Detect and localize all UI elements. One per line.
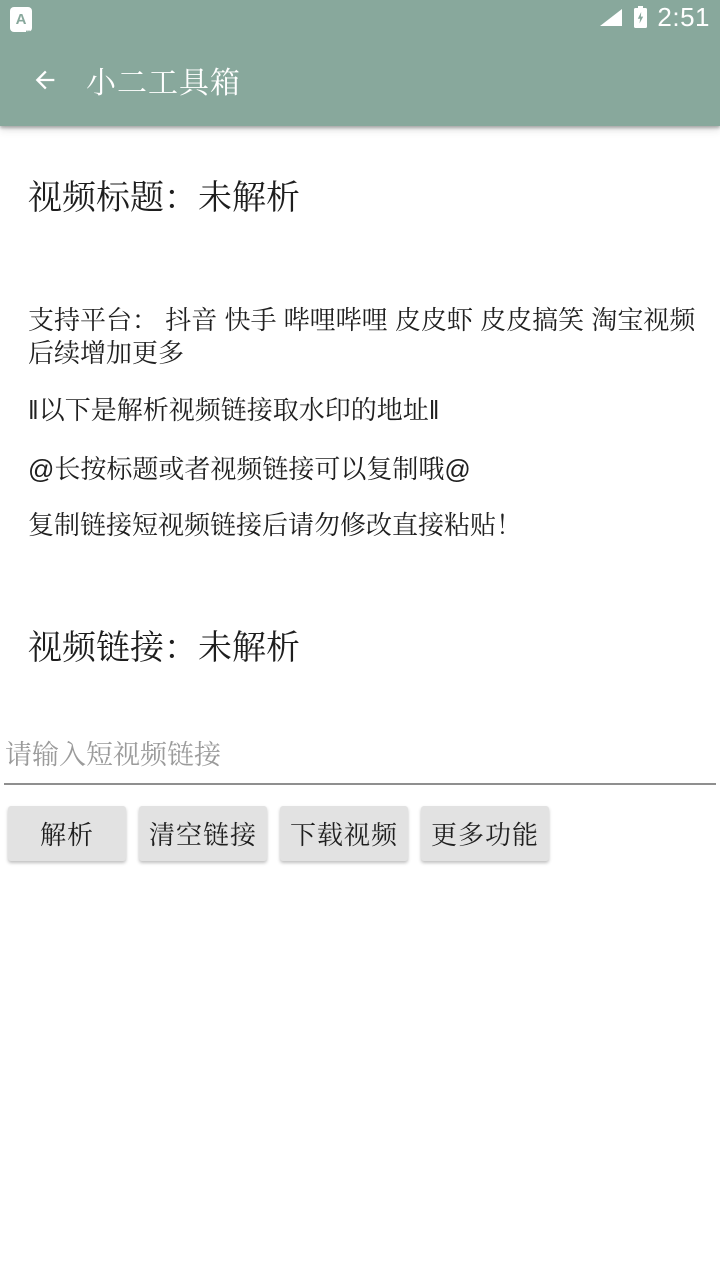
battery-charging-icon [634, 6, 647, 28]
supported-platforms-text: 支持平台： 抖音 快手 哔哩哔哩 皮皮虾 皮皮搞笑 淘宝视频 后续增加更多 [28, 304, 704, 370]
video-link-text[interactable]: 视频链接：未解析 [28, 630, 704, 666]
main-content: 视频标题：未解析 支持平台： 抖音 快手 哔哩哔哩 皮皮虾 皮皮搞笑 淘宝视频 … [0, 126, 720, 666]
tip-paste-text: 复制链接短视频链接后请勿修改直接粘贴！ [28, 509, 704, 542]
action-button-row: 解析 清空链接 下载视频 更多功能 [0, 806, 720, 861]
notification-app-icon-dots: ... [25, 27, 30, 31]
status-time: 2:51 [657, 2, 710, 33]
tip-copy-text: @长按标题或者视频链接可以复制哦@ [28, 453, 704, 486]
tip-address-text: ‖以下是解析视频链接取水印的地址‖ [28, 394, 704, 427]
clear-link-button[interactable]: 清空链接 [139, 806, 267, 861]
status-bar: A ... 2:51 [0, 0, 720, 34]
parse-button[interactable]: 解析 [8, 806, 126, 861]
download-video-button[interactable]: 下载视频 [280, 806, 408, 861]
app-title: 小二工具箱 [86, 58, 241, 102]
back-button[interactable] [30, 65, 60, 95]
more-functions-button[interactable]: 更多功能 [421, 806, 549, 861]
link-input-container [4, 734, 716, 785]
header: A ... 2:51 小二工具箱 [0, 0, 720, 126]
video-link-input[interactable] [4, 734, 716, 785]
back-arrow-icon [31, 66, 59, 94]
signal-icon [600, 9, 622, 26]
notification-app-icon: A ... [10, 7, 32, 32]
video-title-text[interactable]: 视频标题：未解析 [28, 180, 704, 216]
app-bar: 小二工具箱 [0, 34, 720, 126]
